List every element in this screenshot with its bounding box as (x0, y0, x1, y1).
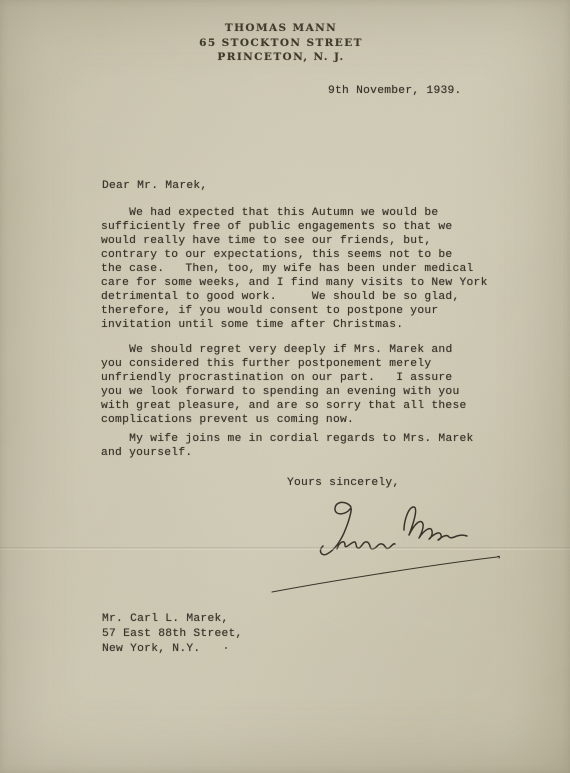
recipient-address-block: Mr. Carl L. Marek, 57 East 88th Street, … (102, 612, 243, 657)
letterhead-address-line1: 65 STOCKTON STREET (0, 36, 562, 51)
signature-last-name-stroke (404, 507, 467, 540)
fold-crease (0, 547, 570, 550)
body-paragraph-2: We should regret very deeply if Mrs. Mar… (101, 343, 521, 427)
letter-paper: THOMAS MANN 65 STOCKTON STREET PRINCETON… (0, 0, 570, 773)
signature-first-name-stroke (320, 502, 395, 554)
body-paragraph-3: My wife joins me in cordial regards to M… (101, 432, 531, 460)
body-paragraph-1: We had expected that this Autumn we woul… (101, 206, 521, 332)
letterhead-address-line2: PRINCETON, N. J. (0, 50, 562, 65)
letterhead: THOMAS MANN 65 STOCKTON STREET PRINCETON… (0, 21, 562, 65)
signature-underline-stroke (272, 556, 499, 592)
date-line: 9th November, 1939. (328, 84, 462, 98)
salutation: Dear Mr. Marek, (102, 179, 207, 193)
letterhead-name: THOMAS MANN (0, 21, 562, 36)
closing-line: Yours sincerely, (287, 476, 399, 490)
